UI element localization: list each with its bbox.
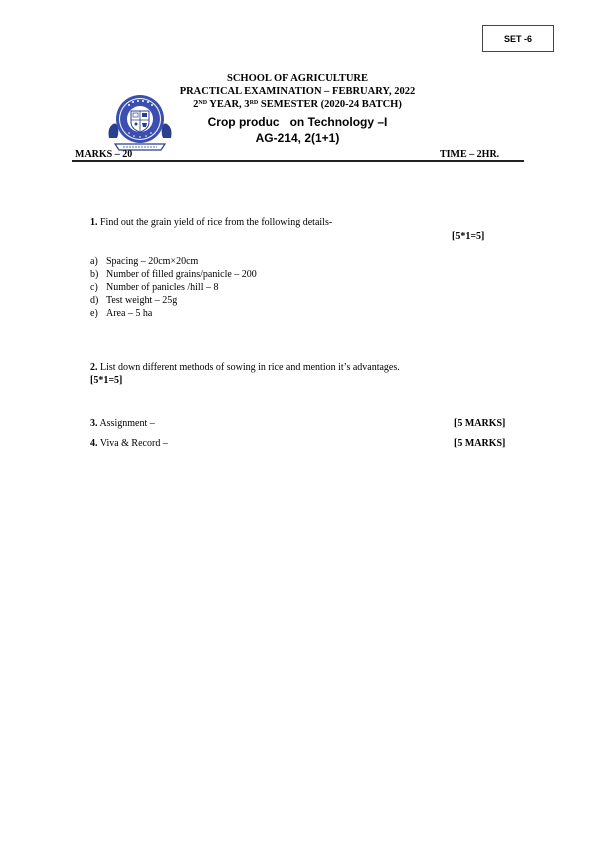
question-3: 3. Assignment –	[90, 418, 155, 429]
school-name: SCHOOL OF AGRICULTURE	[0, 73, 595, 84]
question-number: 4.	[90, 438, 98, 449]
question-text: Find out the grain yield of rice from th…	[98, 217, 333, 228]
list-item: b)Number of filled grains/panicle – 200	[90, 269, 257, 280]
list-item: d)Test weight – 25g	[90, 295, 177, 306]
list-item: a)Spacing – 20cm×20cm	[90, 256, 198, 267]
question-text: List down different methods of sowing in…	[98, 362, 400, 373]
question-number: 2.	[90, 362, 98, 373]
header-divider	[72, 160, 524, 162]
question-text: Viva & Record –	[98, 438, 168, 449]
question-number: 1.	[90, 217, 98, 228]
question-2: 2. List down different methods of sowing…	[90, 362, 400, 373]
question-2-marks: [5*1=5]	[90, 375, 122, 386]
university-seal-icon	[103, 92, 177, 154]
question-4-marks: [5 MARKS]	[454, 438, 505, 449]
course-code: AG-214, 2(1+1)	[0, 131, 595, 145]
set-number: SET -6	[504, 34, 532, 44]
course-title: Crop produc on Technology –I	[0, 115, 595, 129]
question-4: 4. Viva & Record –	[90, 438, 168, 449]
question-number: 3.	[90, 418, 98, 429]
question-3-marks: [5 MARKS]	[454, 418, 505, 429]
total-marks: MARKS – 20	[75, 149, 132, 160]
exam-title: PRACTICAL EXAMINATION – FEBRUARY, 2022	[0, 86, 595, 97]
question-text: Assignment –	[98, 418, 155, 429]
list-item: c)Number of panicles /hill – 8	[90, 282, 218, 293]
exam-duration: TIME – 2HR.	[440, 149, 499, 160]
set-number-box: SET -6	[482, 25, 554, 52]
list-item: e)Area – 5 ha	[90, 308, 152, 319]
question-1: 1. Find out the grain yield of rice from…	[90, 217, 332, 228]
question-1-marks: [5*1=5]	[452, 231, 484, 242]
year-semester: 2ND YEAR, 3RD SEMESTER (2020-24 BATCH)	[0, 99, 595, 110]
